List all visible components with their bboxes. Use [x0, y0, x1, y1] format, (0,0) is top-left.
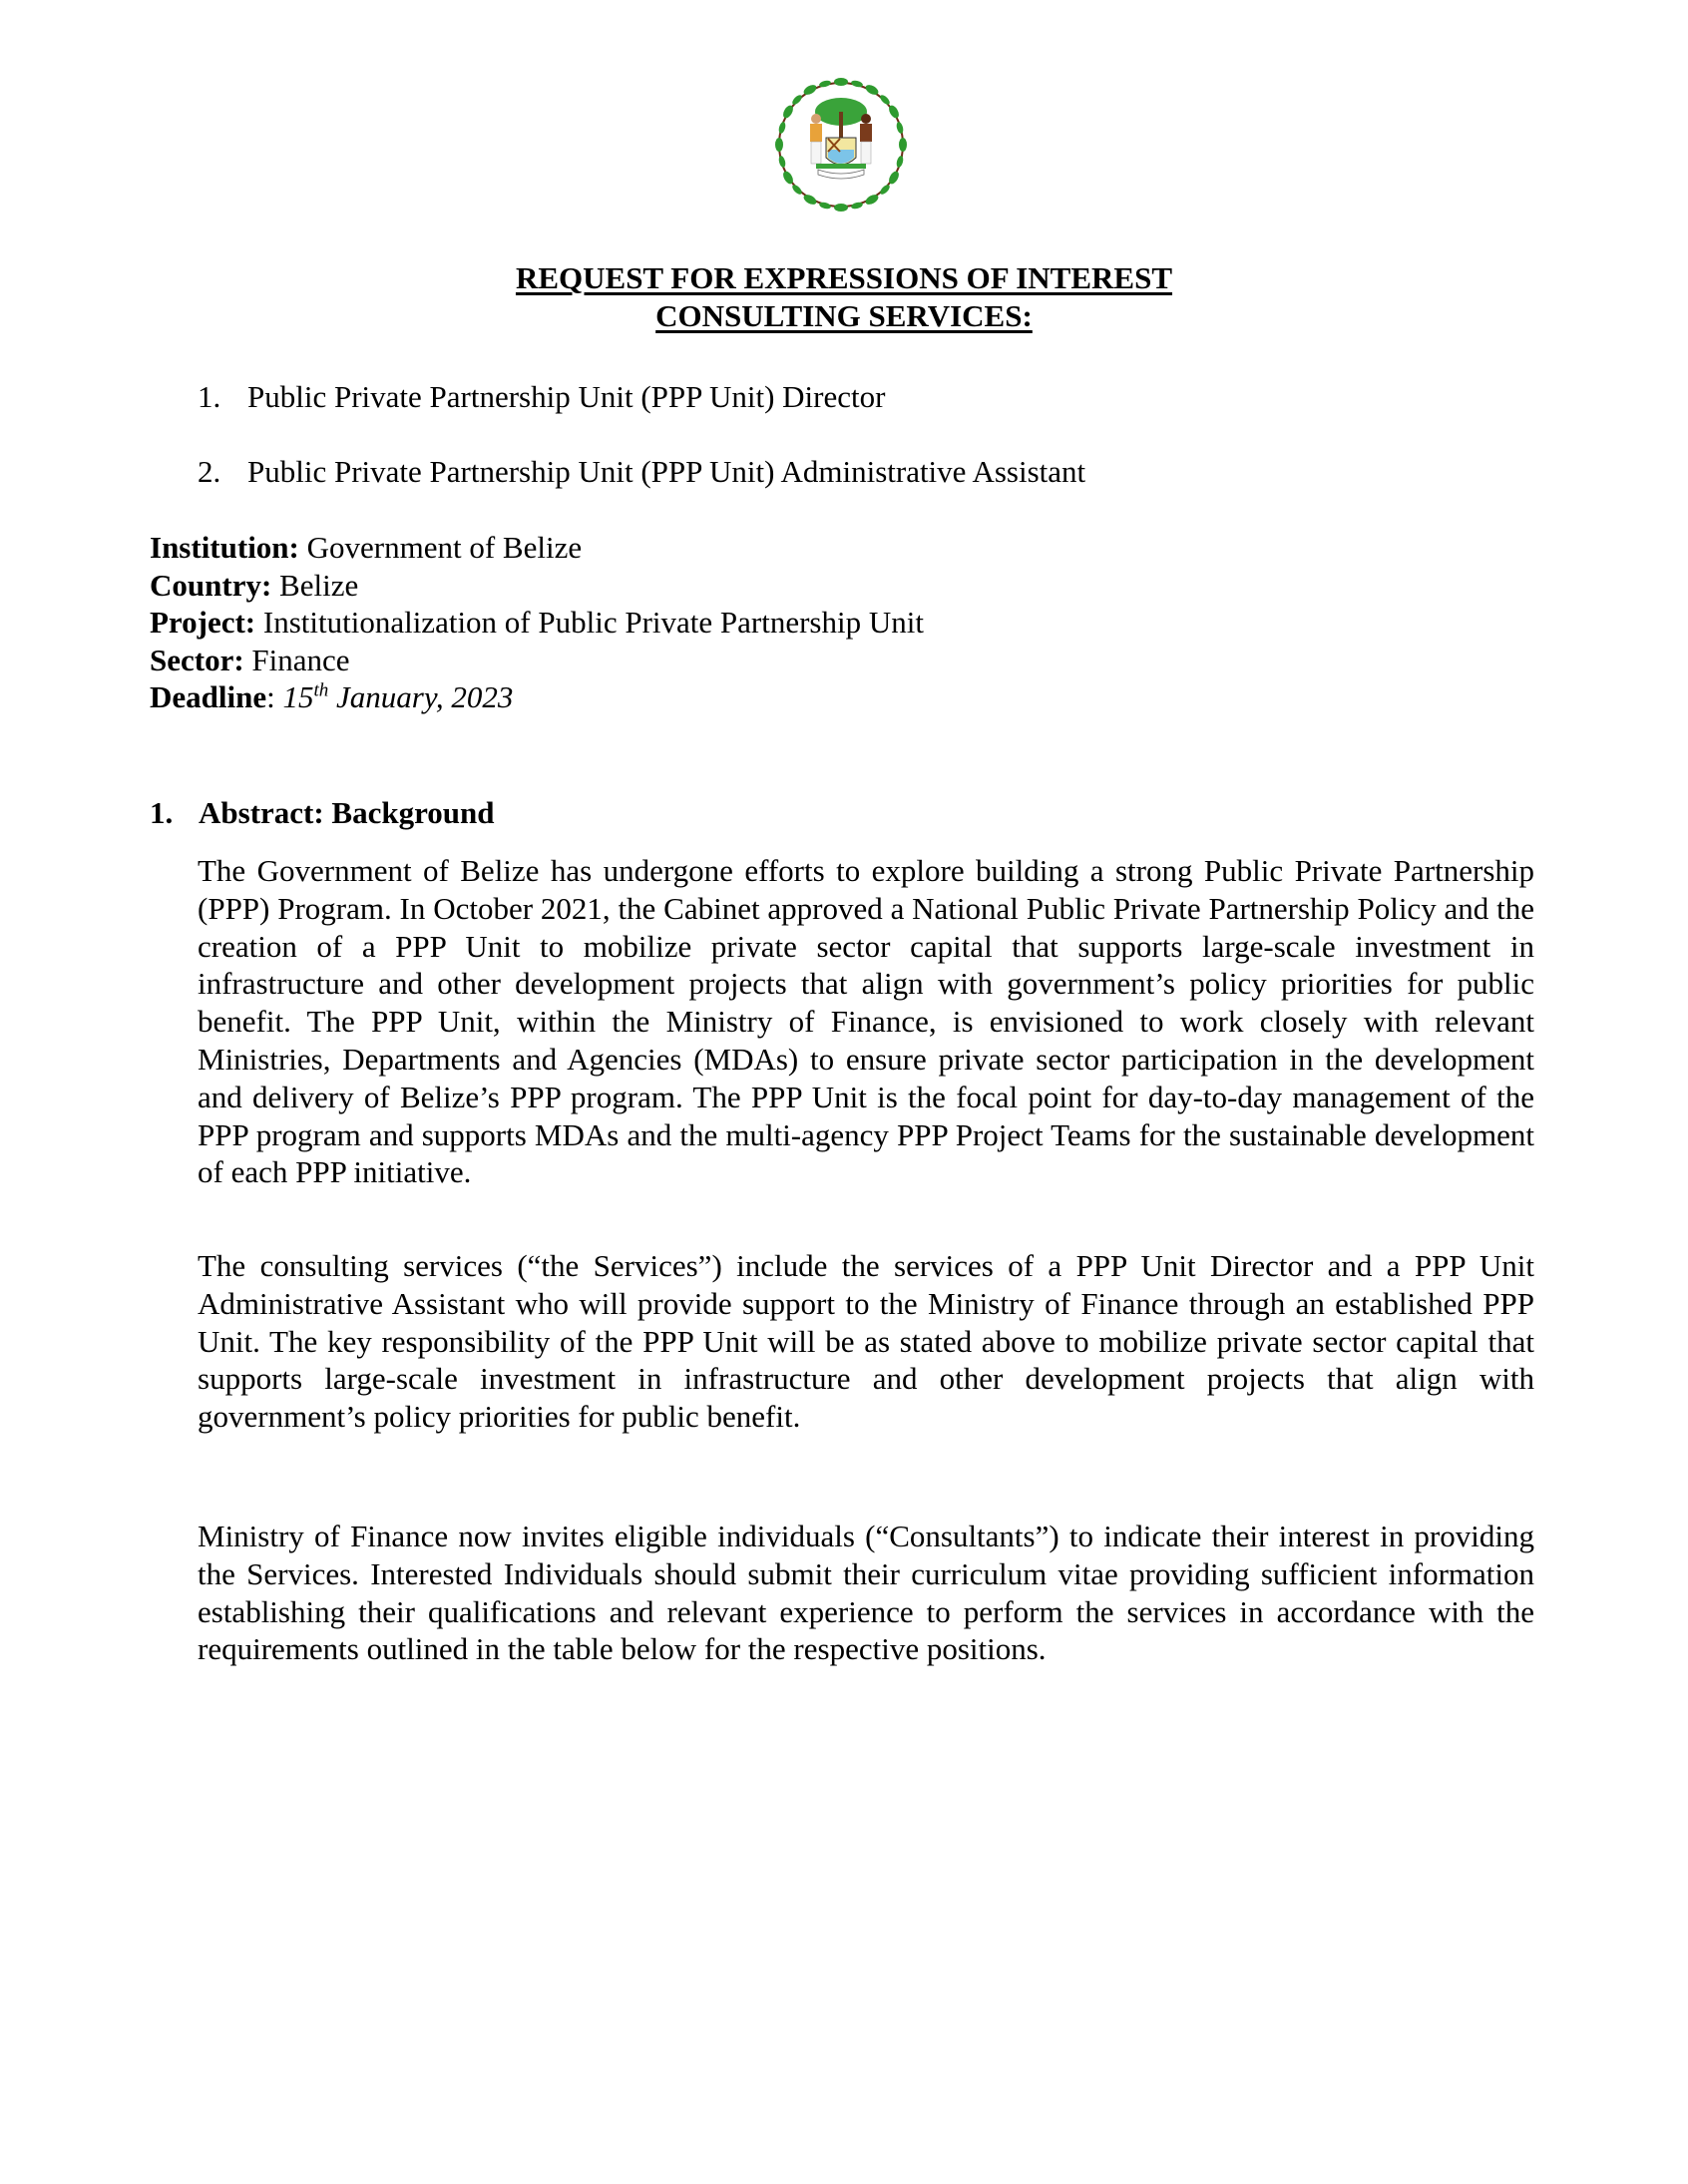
paragraph-background: The Government of Belize has undergone e… — [198, 852, 1534, 1191]
position-label: Public Private Partnership Unit (PPP Uni… — [247, 378, 885, 415]
deadline-value: 15th January, 2023 — [283, 679, 514, 714]
list-number: 2. — [198, 453, 220, 490]
project-value: Institutionalization of Public Private P… — [263, 605, 924, 640]
sector-value: Finance — [251, 643, 349, 677]
paragraph-invitation: Ministry of Finance now invites eligible… — [198, 1518, 1534, 1668]
institution-row: Institution: Government of Belize — [150, 529, 924, 567]
country-label: Country: — [150, 568, 271, 603]
paragraph-services: The consulting services (“the Services”)… — [198, 1247, 1534, 1436]
details-block: Institution: Government of Belize Countr… — [150, 529, 924, 716]
sector-label: Sector: — [150, 643, 244, 677]
project-label: Project: — [150, 605, 255, 640]
section-title: Abstract: Background — [199, 794, 495, 831]
deadline-label: Deadline — [150, 679, 266, 714]
document-title-line1: REQUEST FOR EXPRESSIONS OF INTEREST — [0, 259, 1688, 296]
position-label: Public Private Partnership Unit (PPP Uni… — [247, 453, 1085, 490]
section-number: 1. — [150, 794, 173, 831]
belize-coat-of-arms-icon — [768, 72, 914, 218]
list-number: 1. — [198, 378, 220, 415]
document-title-line2: CONSULTING SERVICES: — [0, 297, 1688, 334]
institution-label: Institution: — [150, 530, 299, 565]
sector-row: Sector: Finance — [150, 642, 924, 679]
deadline-separator: : — [266, 679, 275, 714]
country-row: Country: Belize — [150, 567, 924, 605]
country-value: Belize — [279, 568, 358, 603]
deadline-row: Deadline: 15th January, 2023 — [150, 678, 924, 716]
project-row: Project: Institutionalization of Public … — [150, 604, 924, 642]
institution-value: Government of Belize — [307, 530, 582, 565]
